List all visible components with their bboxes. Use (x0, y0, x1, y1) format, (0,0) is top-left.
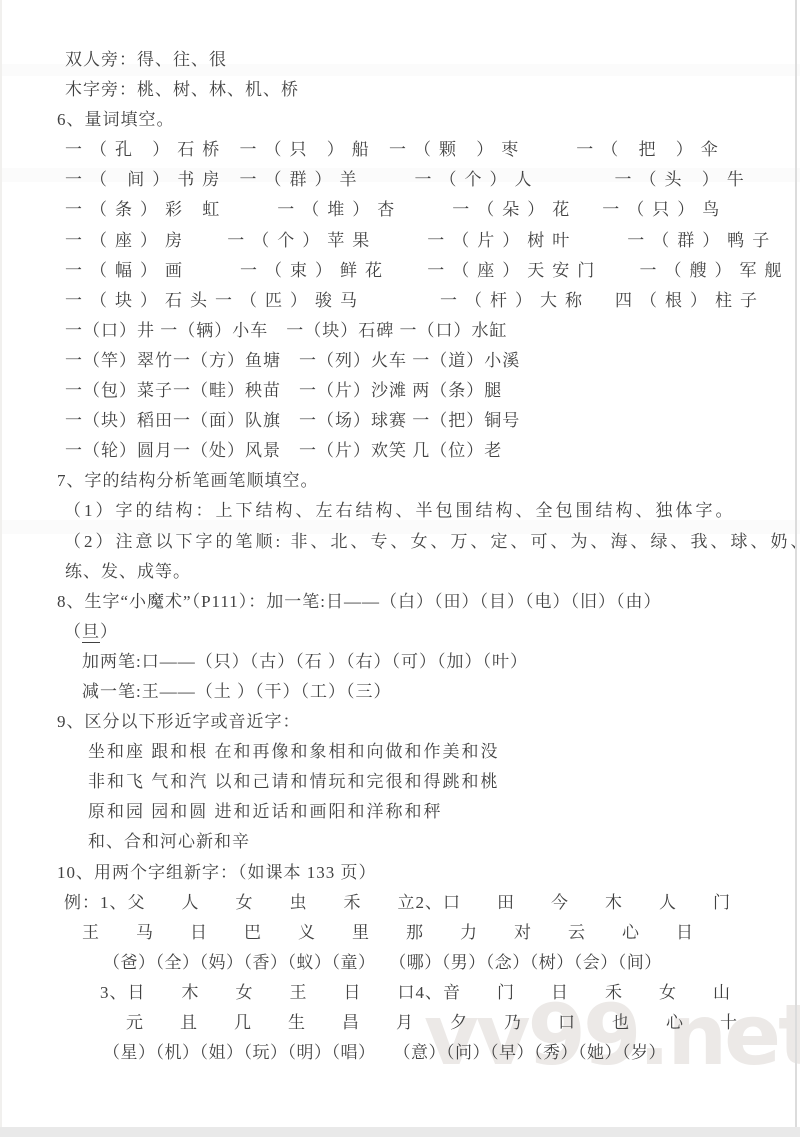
combine-example-row-1-2: 例：1、父 人 女 虫 禾 立2、口 田 今 木 人 门 (0, 888, 800, 918)
paren-open: （ (64, 622, 82, 641)
combine-answers-row: （爸）（全）（妈）（香）（蚁）（童） （哪）（男）（念）（树）（会）（间） (0, 948, 800, 978)
measure-word-line: 一（ 间）书房 一（群）羊 一（个）人 一（头 ）牛 (0, 165, 800, 195)
similar-chars-line: 原和园 园和圆 进和近话和画阳和洋称和秤 (0, 797, 800, 827)
magic-dan-line: （旦） (0, 617, 800, 647)
paren-close: ） (100, 622, 118, 641)
measure-word-line: 一（座）房 一（个）苹果 一（片）树叶 一（群）鸭子 (0, 226, 800, 256)
combine-example-row-3-4: 3、日 木 女 王 日 口4、音 门 日 禾 女 山 (0, 978, 800, 1008)
measure-word-line: 一（包）菜子一（畦）秧苗 一（片）沙滩 两（条）腿 (0, 376, 800, 406)
structure-item-1: （1）字的结构：上下结构、左右结构、半包围结构、全包围结构、独体字。 (0, 496, 800, 526)
measure-word-line: 一（口）井 一（辆）小车 一（块）石碑 一（口）水缸 (0, 316, 800, 346)
measure-word-line: 一（块）稻田一（面）队旗 一（场）球赛 一（把）铜号 (0, 406, 800, 436)
measure-word-line: 一（幅）画 一（束）鲜花 一（座）天安门 一（艘）军舰 (0, 256, 800, 286)
measure-word-line: 一（竿）翠竹一（方）鱼塘 一（列）火车 一（道）小溪 (0, 346, 800, 376)
page-bottom-bar (0, 1127, 800, 1137)
line-radical-double-person: 双人旁：得、往、很 (0, 45, 800, 75)
similar-chars-line: 非和飞 气和汽 以和己请和情玩和完很和得跳和桃 (0, 767, 800, 797)
heading-section-8-magic: 8、生字“小魔术”（P111）：加一笔:日——（白）（田）（目）（电）（旧）（由… (0, 587, 800, 617)
combine-chars-row: 王 马 日 巴 义 里 那 力 对 云 心 日 (0, 918, 800, 948)
heading-section-6-measure-words: 6、量词填空。 (0, 105, 800, 135)
worksheet-text: 双人旁：得、往、很 木字旁：桃、树、林、机、桥 6、量词填空。 一（孔 ）石桥 … (0, 45, 800, 1068)
measure-word-line: 一（条）彩 虹 一（堆）杏 一（朵）花 一（只）鸟 (0, 195, 800, 225)
measure-word-line: 一（孔 ）石桥 一（只 ）船 一（颗 ）枣 一（ 把 ）伞 (0, 135, 800, 165)
page-left-edge (0, 0, 2, 1127)
structure-item-2-cont: 练、发、成等。 (0, 557, 800, 587)
heading-section-10-combine: 10、用两个字组新字：（如课本 133 页） (0, 858, 800, 888)
similar-chars-line: 和、合和河心新和辛 (0, 827, 800, 857)
page-right-edge (795, 0, 797, 1127)
combine-answers-row: （星）（机）（姐）（玩）（明）（唱） （意）（问）（早）（秀）（她）（岁） (0, 1038, 800, 1068)
heading-section-7-structure: 7、字的结构分析笔画笔顺填空。 (0, 466, 800, 496)
structure-item-2: （2）注意以下字的笔顺: 非、北、专、女、万、定、可、为、海、绿、我、球、奶、秀… (0, 527, 800, 557)
line-radical-wood: 木字旁：桃、树、林、机、桥 (0, 75, 800, 105)
heading-section-9-similar-chars: 9、区分以下形近字或音近字： (0, 707, 800, 737)
document-page: vv99.net 双人旁：得、往、很 木字旁：桃、树、林、机、桥 6、量词填空。… (0, 0, 800, 1137)
magic-add-two-strokes: 加两笔:口——（只）（古）（石 ）（右）（可）（加）（叶） (0, 647, 800, 677)
underlined-char-dan: 旦 (82, 622, 100, 643)
measure-word-line: 一（块）石头一（匹）骏马 一（杆）大称 四（根）柱子 (0, 286, 800, 316)
combine-chars-row: 元 且 几 生 昌 月 夕 乃 口 也 心 十 (0, 1008, 800, 1038)
magic-minus-one-stroke: 减一笔:王——（土 ）（干）（工）（三） (0, 677, 800, 707)
similar-chars-line: 坐和座 跟和根 在和再像和象相和向做和作美和没 (0, 737, 800, 767)
measure-word-line: 一（轮）圆月一（处）风景 一（片）欢笑 几（位）老 (0, 436, 800, 466)
